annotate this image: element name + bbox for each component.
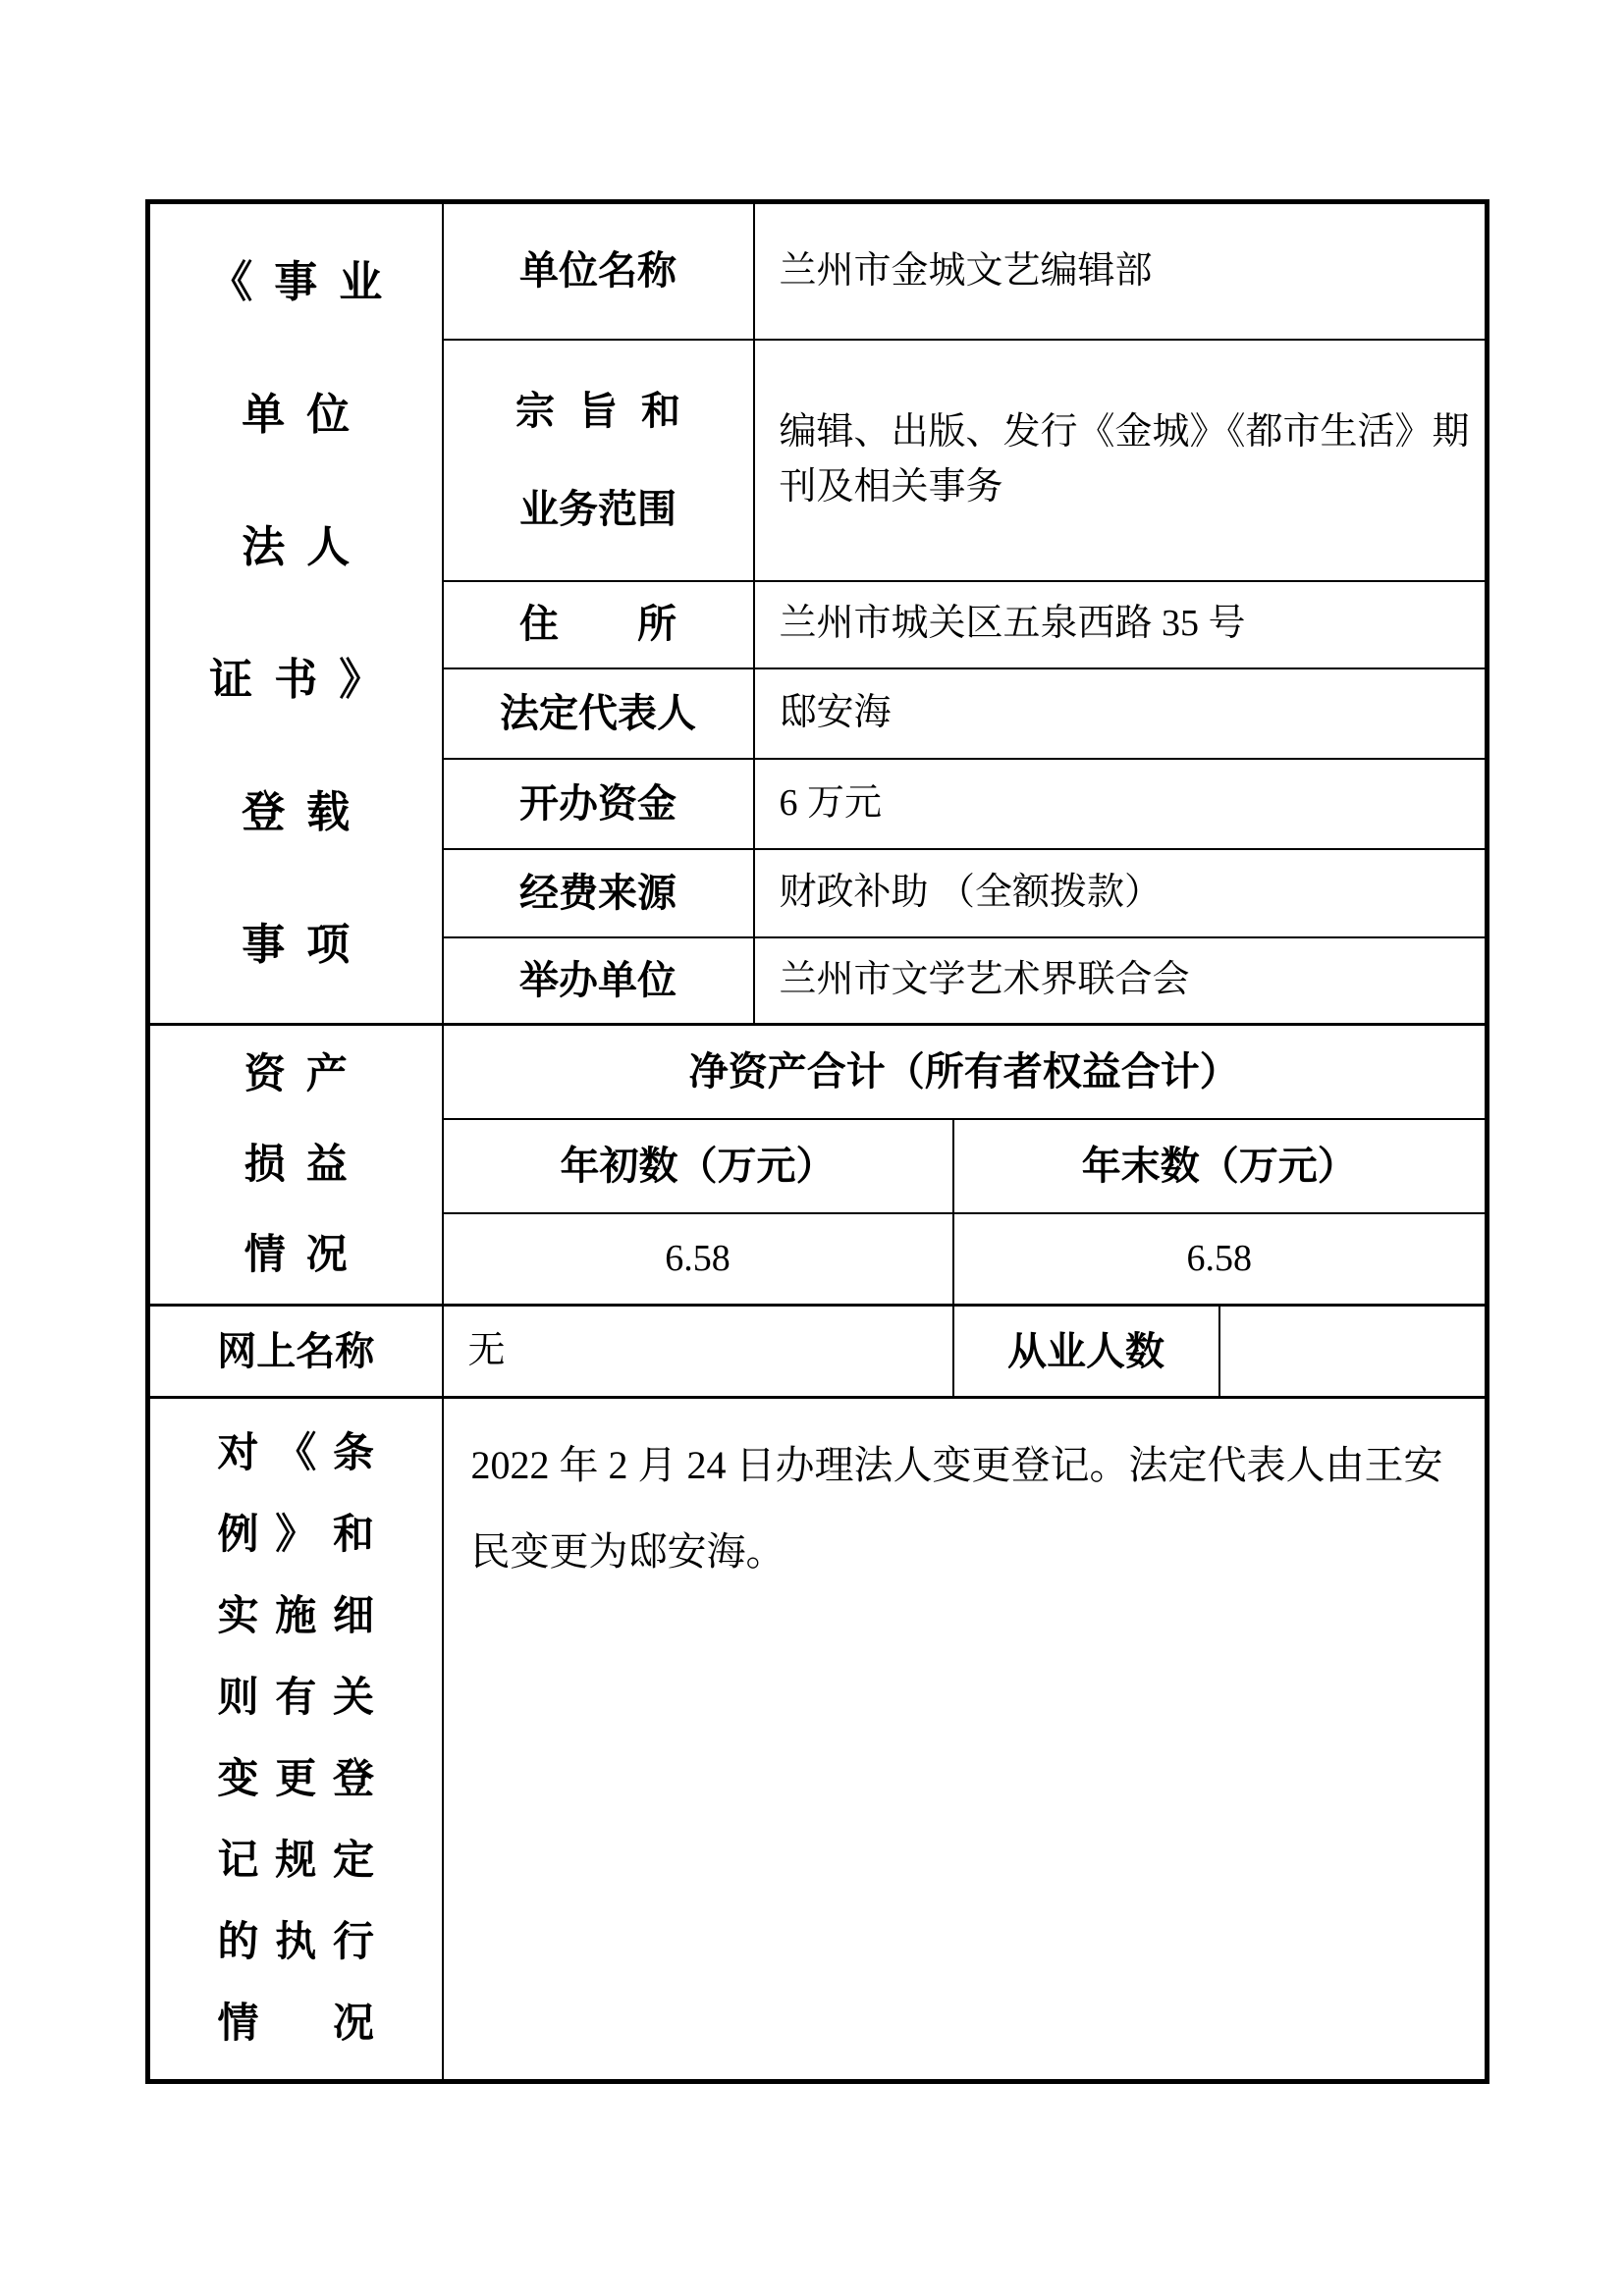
funding-source-label: 经费来源 (443, 849, 754, 937)
legal-rep-value: 邸安海 (754, 668, 1488, 759)
purpose-scope-label-line: 业务范围 (519, 487, 677, 531)
year-end-value: 6.58 (953, 1213, 1488, 1306)
cert-header-line: 单位 (242, 391, 371, 439)
compliance-header-line: 情 况 (217, 2002, 390, 2047)
registration-info-table: 《事业 单位 法人 证书》 登载 事项 单位名称 兰州市金城文艺编辑部 宗旨和 … (145, 199, 1489, 2084)
staff-count-value (1219, 1306, 1488, 1398)
assets-section-header: 资产 损益 情况 (148, 1025, 443, 1306)
online-name-label: 网上名称 (148, 1306, 443, 1398)
address-value: 兰州市城关区五泉西路 35 号 (754, 581, 1488, 668)
sponsor-unit-value: 兰州市文学艺术界联合会 (754, 937, 1488, 1025)
funding-source-value: 财政补助 （全额拨款） (754, 849, 1488, 937)
compliance-header-line: 变更登 (217, 1757, 390, 1802)
compliance-section-header-lines: 对《条 例》和 实施细 则有关 变更登 记规定 的执行 情 况 (150, 1414, 442, 2065)
legal-rep-label: 法定代表人 (443, 668, 754, 759)
online-name-value: 无 (443, 1306, 953, 1398)
compliance-header-line: 则有关 (217, 1676, 390, 1721)
purpose-scope-label: 宗旨和 业务范围 (443, 340, 754, 581)
initial-capital-value: 6 万元 (754, 759, 1488, 849)
cert-header-line: 《事业 (209, 258, 404, 306)
address-label: 住 所 (443, 581, 754, 668)
cert-header-line: 登载 (242, 788, 371, 836)
document-page: 《事业 单位 法人 证书》 登载 事项 单位名称 兰州市金城文艺编辑部 宗旨和 … (0, 0, 1624, 2296)
cert-header-line: 证书》 (209, 656, 404, 704)
compliance-header-line: 例》和 (217, 1513, 390, 1558)
purpose-scope-value: 编辑、出版、发行《金城》《都市生活》期刊及相关事务 (754, 340, 1488, 581)
cert-header-line: 法人 (242, 523, 371, 571)
cert-header-line: 事项 (242, 921, 371, 969)
cert-items-header-lines: 《事业 单位 法人 证书》 登载 事项 (150, 216, 442, 1011)
assets-header-line: 情况 (244, 1233, 368, 1278)
compliance-header-line: 实施细 (217, 1594, 390, 1639)
unit-name-value: 兰州市金城文艺编辑部 (754, 202, 1488, 340)
compliance-header-line: 对《条 (217, 1431, 390, 1476)
compliance-header-line: 记规定 (217, 1839, 390, 1884)
purpose-scope-label-line: 宗旨和 (515, 389, 704, 433)
assets-section-header-lines: 资产 损益 情况 (150, 1030, 442, 1301)
unit-name-label: 单位名称 (443, 202, 754, 340)
initial-capital-label: 开办资金 (443, 759, 754, 849)
year-begin-label: 年初数（万元） (443, 1119, 953, 1213)
year-end-label: 年末数（万元） (953, 1119, 1488, 1213)
year-begin-value: 6.58 (443, 1213, 953, 1306)
cert-items-header: 《事业 单位 法人 证书》 登载 事项 (148, 202, 443, 1025)
compliance-header-line: 的执行 (217, 1920, 390, 1965)
compliance-section-header: 对《条 例》和 实施细 则有关 变更登 记规定 的执行 情 况 (148, 1398, 443, 2082)
net-assets-total-header: 净资产合计（所有者权益合计） (443, 1025, 1488, 1119)
staff-count-label: 从业人数 (953, 1306, 1219, 1398)
assets-header-line: 资产 (244, 1052, 368, 1097)
sponsor-unit-label: 举办单位 (443, 937, 754, 1025)
compliance-content: 2022 年 2 月 24 日办理法人变更登记。法定代表人由王安民变更为邸安海。 (443, 1398, 1488, 2082)
assets-header-line: 损益 (244, 1143, 368, 1188)
